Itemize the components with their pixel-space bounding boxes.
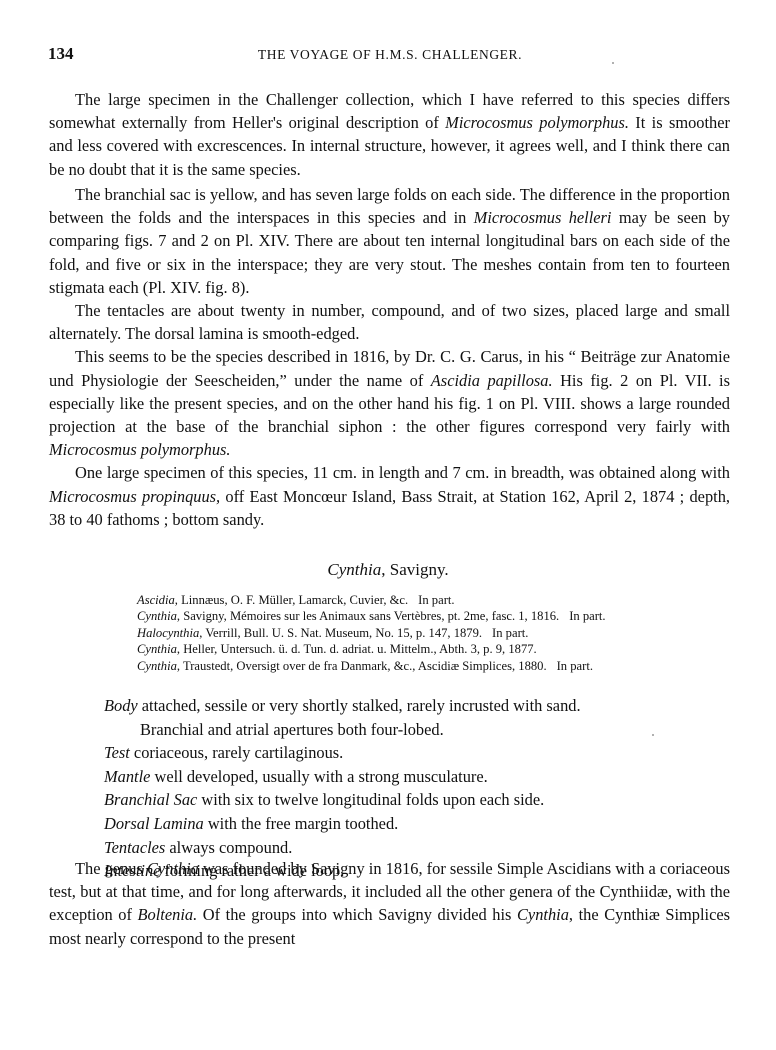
genus-name: Cynthia — [327, 560, 381, 579]
definition-line: Body attached, sessile or very shortly s… — [104, 694, 724, 718]
italic-species-name: Ascidia papillosa. — [431, 371, 553, 390]
definition-line: Dorsal Lamina with the free margin tooth… — [104, 812, 724, 836]
text-span: The genus — [75, 859, 147, 878]
body-text-top: The large specimen in the Challenger col… — [49, 88, 730, 181]
italic-species-name: Microcosmus polymorphus. — [445, 113, 629, 132]
paragraph: The tentacles are about twenty in number… — [49, 299, 730, 345]
definition-term: Mantle — [104, 767, 150, 786]
definition-text: attached, sessile or very shortly stalke… — [138, 696, 581, 715]
paragraph: One large specimen of this species, 11 c… — [49, 461, 730, 531]
italic-genus-name: Cynthia — [517, 905, 569, 924]
paragraph: The branchial sac is yellow, and has sev… — [49, 183, 730, 299]
body-text-bottom: The genus Cynthia was founded by Savigny… — [49, 857, 730, 950]
definition-line: Mantle well developed, usually with a st… — [104, 765, 724, 789]
genus-definition: Body attached, sessile or very shortly s… — [104, 694, 724, 883]
paragraph: The genus Cynthia was founded by Savigny… — [49, 857, 730, 950]
italic-species-name: Microcosmus polymorphus. — [49, 440, 231, 459]
synonymy-entry: Ascidia, Linnæus, O. F. Müller, Lamarck,… — [137, 592, 727, 608]
italic-species-name: Microcosmus helleri — [474, 208, 612, 227]
synonymy-entry: Cynthia, Heller, Untersuch. ü. d. Tun. d… — [137, 641, 727, 657]
definition-text: well developed, usually with a strong mu… — [150, 767, 487, 786]
synonymy-list: Ascidia, Linnæus, O. F. Müller, Lamarck,… — [137, 592, 727, 674]
synonym-citation: , Verrill, Bull. U. S. Nat. Museum, No. … — [199, 626, 482, 640]
definition-line: Branchial Sac with six to twelve longitu… — [104, 788, 724, 812]
synonym-citation: , Heller, Untersuch. ü. d. Tun. d. adria… — [177, 642, 537, 656]
running-head: 134 THE VOYAGE OF H.M.S. CHALLENGER. — [48, 44, 732, 66]
definition-line: Tentacles always compound. — [104, 836, 724, 860]
text-span: One large specimen of this species, 11 c… — [75, 463, 730, 482]
synonymy-entry: Cynthia, Traustedt, Oversigt over de fra… — [137, 658, 727, 674]
italic-species-name: Microcosmus propinquus, — [49, 487, 220, 506]
synonym-citation: , Savigny, Mémoires sur les Animaux sans… — [177, 609, 559, 623]
synonymy-entry: Cynthia, Savigny, Mémoires sur les Anima… — [137, 608, 727, 624]
paragraph: The large specimen in the Challenger col… — [49, 88, 730, 181]
definition-text: always compound. — [165, 838, 292, 857]
synonym-genus: Cynthia — [137, 642, 177, 656]
definition-term: Test — [104, 743, 130, 762]
paragraph: This seems to be the species described i… — [49, 345, 730, 461]
synonym-note: In part. — [418, 593, 454, 607]
definition-term: Branchial Sac — [104, 790, 197, 809]
definition-term: Tentacles — [104, 838, 165, 857]
definition-text: with six to twelve longitudinal folds up… — [197, 790, 544, 809]
body-text-middle: The branchial sac is yellow, and has sev… — [49, 183, 730, 531]
definition-text: coriaceous, rarely cartilaginous. — [130, 743, 343, 762]
definition-continuation: Branchial and atrial apertures both four… — [104, 718, 724, 742]
synonym-genus: Cynthia — [137, 609, 177, 623]
definition-term: Dorsal Lamina — [104, 814, 204, 833]
genus-author: , Savigny. — [381, 560, 448, 579]
synonym-citation: , Linnæus, O. F. Müller, Lamarck, Cuvier… — [175, 593, 408, 607]
text-span: The tentacles are about twenty in number… — [49, 301, 730, 343]
book-page: 134 THE VOYAGE OF H.M.S. CHALLENGER. The… — [0, 0, 776, 1050]
italic-genus-name: Boltenia. — [138, 905, 198, 924]
synonym-genus: Cynthia — [137, 659, 177, 673]
italic-genus-name: Cynthia — [147, 859, 199, 878]
scan-speck — [652, 734, 654, 736]
synonymy-entry: Halocynthia, Verrill, Bull. U. S. Nat. M… — [137, 625, 727, 641]
definition-text: Branchial and atrial apertures both four… — [140, 720, 444, 739]
scan-speck — [612, 62, 614, 64]
synonym-citation: , Traustedt, Oversigt over de fra Danmar… — [177, 659, 547, 673]
synonym-note: In part. — [557, 659, 593, 673]
running-title: THE VOYAGE OF H.M.S. CHALLENGER. — [48, 47, 732, 63]
scan-speck — [620, 892, 622, 894]
definition-term: Body — [104, 696, 138, 715]
genus-heading: Cynthia, Savigny. — [0, 560, 776, 580]
definition-text: with the free margin toothed. — [204, 814, 399, 833]
synonym-note: In part. — [569, 609, 605, 623]
synonym-genus: Halocynthia — [137, 626, 199, 640]
synonym-note: In part. — [492, 626, 528, 640]
text-span: Of the groups into which Savigny divided… — [197, 905, 517, 924]
synonym-genus: Ascidia — [137, 593, 175, 607]
definition-line: Test coriaceous, rarely cartilaginous. — [104, 741, 724, 765]
